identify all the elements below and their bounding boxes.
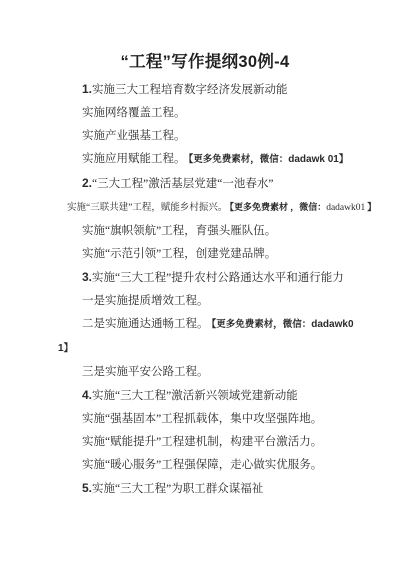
text-line: 实施“赋能提升”工程建机制，构建平台激活力。 (58, 431, 400, 454)
page-title: “工程”写作提纲30例-4 (0, 0, 410, 73)
promo-text: 【更多免费素材，微信： (189, 155, 289, 165)
text-segment: 实施“三联共建”工程，赋能乡村振兴。 (67, 203, 227, 213)
text-segment: 二是实施通达通畅工程。 (82, 318, 209, 330)
text-segment: 5. (82, 481, 92, 495)
text-segment: 实施“三大工程”提升农村公路通达水平和通行能力 (92, 272, 344, 284)
text-segment: 实施“赋能提升”工程建机制，构建平台激活力。 (82, 436, 322, 448)
text-line: 1】 (58, 337, 400, 361)
text-segment: 实施“旗帜领航”工程，育强头雁队伍。 (82, 225, 276, 237)
text-segment: 实施“三大工程”激活新兴领域党建新动能 (92, 390, 298, 402)
text-line: 实施产业强基工程。 (58, 125, 400, 148)
promo-text: dadawk01 (326, 203, 365, 213)
text-segment: “三大工程”激活基层党建“一池春水” (92, 178, 273, 190)
text-line: 实施应用赋能工程。【更多免费素材，微信：dadawk 01】 (58, 148, 400, 172)
text-line: 三是实施平安公路工程。 (58, 361, 400, 384)
text-segment: 实施网络覆盖工程。 (82, 107, 186, 119)
outline-heading: 4.实施“三大工程”激活新兴领域党建新动能 (58, 384, 400, 408)
text-line: 实施“强基固本”工程抓载体，集中攻坚强阵地。 (58, 408, 400, 431)
text-segment: 4. (82, 388, 92, 402)
text-line: 实施“旗帜领航”工程，育强头雁队伍。 (58, 220, 400, 243)
outline-heading: 5.实施“三大工程”为职工群众谋福祉 (58, 477, 400, 501)
promo-text: 】 (339, 155, 349, 165)
promo-text: 【更多免费素材，微信： (212, 320, 312, 330)
text-segment: 实施“强基固本”工程抓载体，集中攻坚强阵地。 (82, 413, 322, 425)
text-segment: 实施应用赋能工程。 (82, 153, 186, 165)
text-segment: 实施“暖心服务”工程强保障，走心做实优服务。 (82, 459, 322, 471)
promo-text: dadawk 01 (288, 154, 339, 165)
text-line: 二是实施通达通畅工程。【更多免费素材，微信：dadawk0 (58, 313, 400, 337)
document-page: “工程”写作提纲30例-4 1.实施三大工程培育数字经济发展新动能实施网络覆盖工… (0, 0, 410, 580)
text-line: 实施网络覆盖工程。 (58, 102, 400, 125)
text-segment: 3. (82, 270, 92, 284)
text-line: 实施“示范引领”工程，创建党建品牌。 (58, 243, 400, 266)
document-body: 1.实施三大工程培育数字经济发展新动能实施网络覆盖工程。实施产业强基工程。实施应… (0, 78, 410, 501)
text-line: 实施“暖心服务”工程强保障，走心做实优服务。 (58, 454, 400, 477)
text-segment: 三是实施平安公路工程。 (82, 366, 209, 378)
outline-heading: 1.实施三大工程培育数字经济发展新动能 (58, 78, 400, 102)
text-segment: 实施“三大工程”为职工群众谋福祉 (92, 483, 263, 495)
promo-text: 】 (367, 202, 376, 212)
promo-text: 【更多免费素材 ，微信： (229, 202, 326, 212)
text-segment: 实施产业强基工程。 (82, 130, 186, 142)
promo-text: dadawk0 (311, 319, 353, 330)
text-segment: 实施“示范引领”工程，创建党建品牌。 (82, 248, 276, 260)
text-segment: 一是实施提质增效工程。 (82, 295, 209, 307)
text-segment: 1. (82, 82, 92, 96)
promo-text: 】 (64, 344, 74, 354)
outline-heading: 2.“三大工程”激活基层党建“一池春水” (58, 172, 400, 196)
text-segment: 2. (82, 176, 92, 190)
text-line: 一是实施提质增效工程。 (58, 290, 400, 313)
text-segment: 实施三大工程培育数字经济发展新动能 (92, 84, 288, 96)
outline-heading: 3.实施“三大工程”提升农村公路通达水平和通行能力 (58, 266, 400, 290)
text-line: 实施“三联共建”工程，赋能乡村振兴。【更多免费素材 ，微信：dadawk01】 (58, 196, 400, 220)
